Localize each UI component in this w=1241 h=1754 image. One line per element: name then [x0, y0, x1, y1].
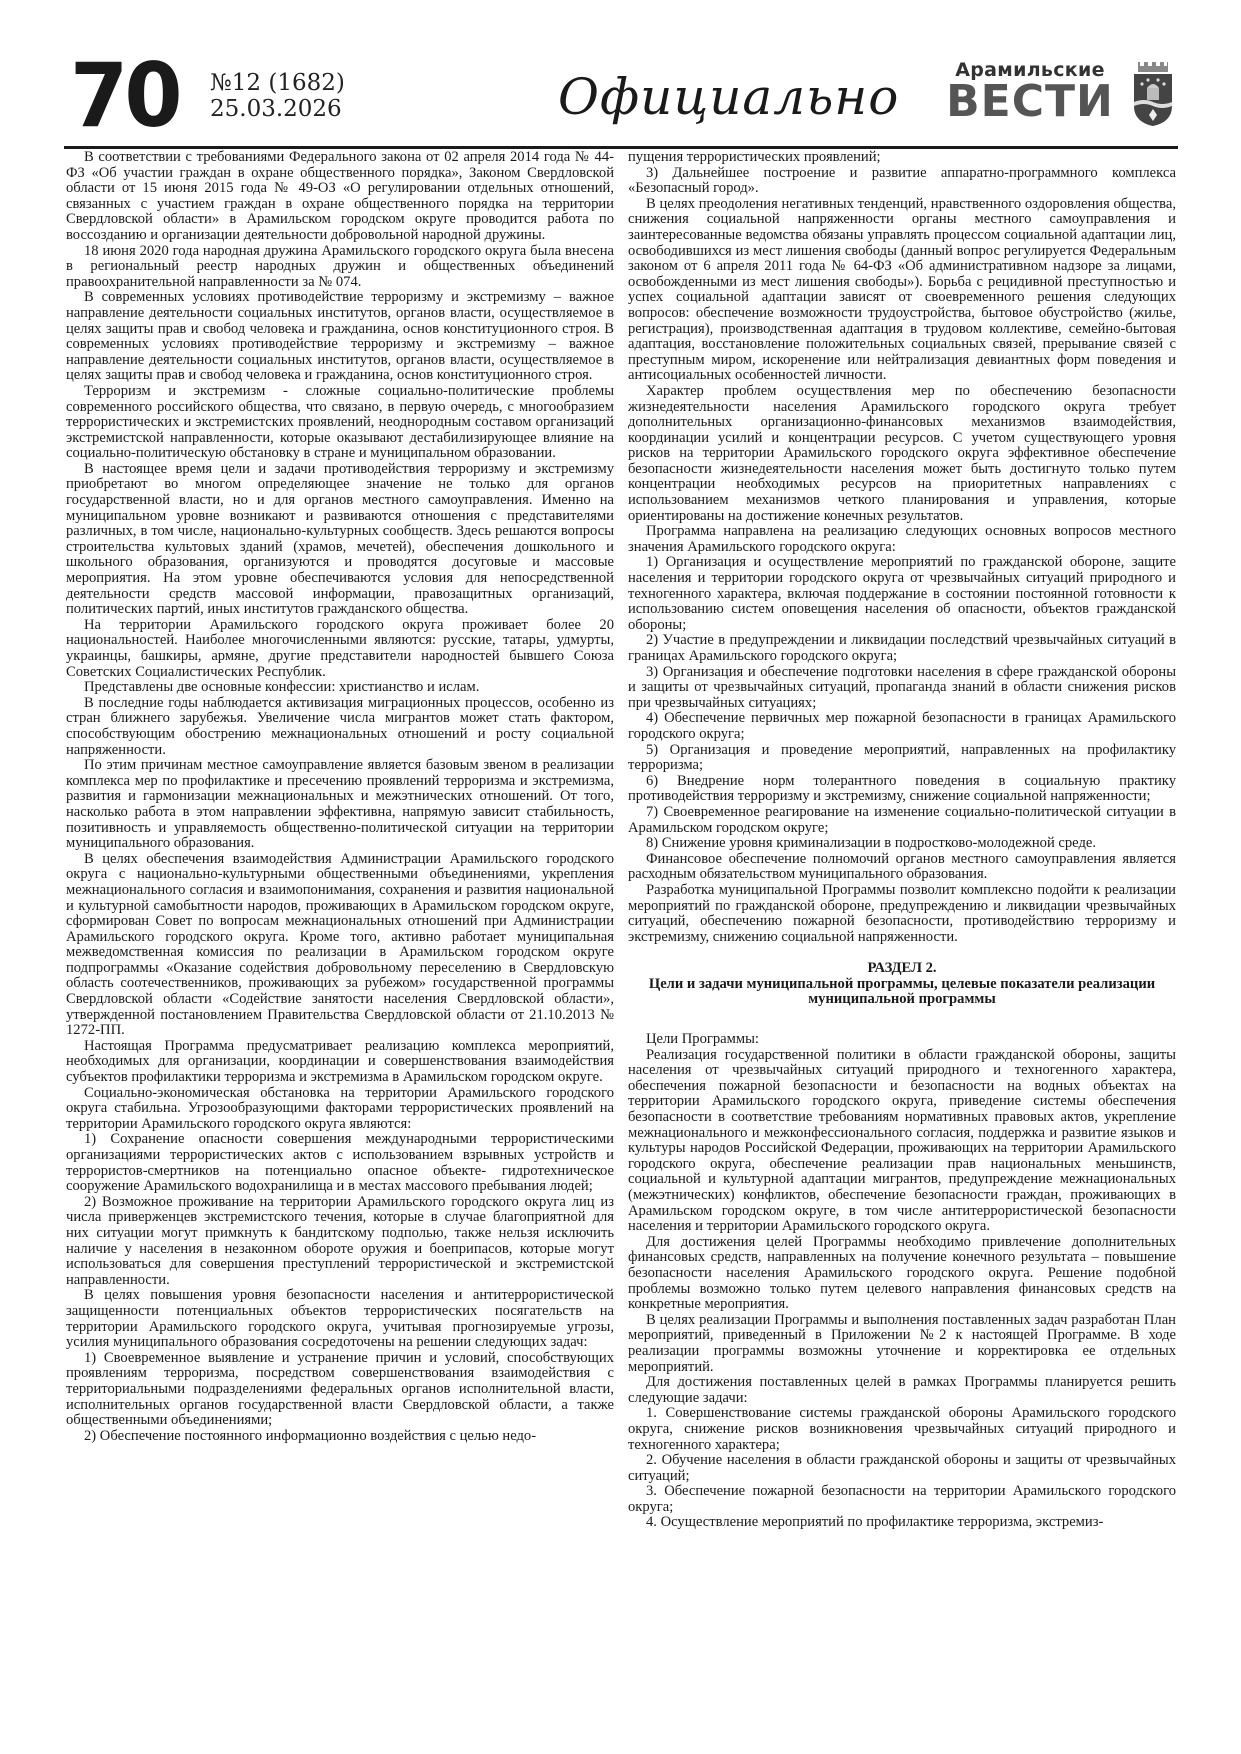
- list-item: 7) Своевременное реагирование на изменен…: [628, 805, 1176, 836]
- paragraph: В современных условиях противодействие т…: [66, 290, 614, 384]
- newspaper-logo: Арамильские ВЕСТИ: [945, 60, 1115, 124]
- list-item: 4. Осуществление мероприятий по профилак…: [628, 1515, 1176, 1531]
- list-item: 2) Обеспечение постоянного информационно…: [66, 1429, 614, 1445]
- issue-date: 25.03.2026: [210, 96, 345, 122]
- paragraph: Характер проблем осуществления мер по об…: [628, 384, 1176, 524]
- paragraph: В целях реализации Программы и выполнени…: [628, 1313, 1176, 1375]
- list-item: 1) Организация и осуществление мероприят…: [628, 555, 1176, 633]
- paragraph: 18 июня 2020 года народная дружина Арами…: [66, 244, 614, 291]
- paragraph: По этим причинам местное самоуправление …: [66, 758, 614, 852]
- paragraph: Программа направлена на реализацию следу…: [628, 524, 1176, 555]
- paragraph: В настоящее время цели и задачи противод…: [66, 462, 614, 618]
- paragraph: Для достижения целей Программы необходим…: [628, 1235, 1176, 1313]
- paragraph: Для достижения поставленных целей в рамк…: [628, 1375, 1176, 1406]
- list-item: 8) Снижение уровня криминализации в подр…: [628, 836, 1176, 852]
- left-column: В соответствии с требованиями Федерально…: [66, 150, 614, 1444]
- paragraph: Реализация государственной политики в об…: [628, 1048, 1176, 1235]
- paragraph: Цели Программы:: [628, 1032, 1176, 1048]
- list-item: 2) Возможное проживание на территории Ар…: [66, 1195, 614, 1289]
- paragraph: Разработка муниципальной Программы позво…: [628, 883, 1176, 945]
- paragraph: пущения террористических проявлений;: [628, 150, 1176, 166]
- list-item: 2. Обучение населения в области гражданс…: [628, 1453, 1176, 1484]
- paragraph: В целях обеспечения взаимодействия Админ…: [66, 852, 614, 1039]
- paragraph: Социально-экономическая обстановка на те…: [66, 1086, 614, 1133]
- issue-info: №12 (1682) 25.03.2026: [210, 70, 345, 122]
- logo-main-text: ВЕСТИ: [945, 80, 1115, 124]
- paragraph: В последние годы наблюдается активизация…: [66, 696, 614, 758]
- list-item: 3. Обеспечение пожарной безопасности на …: [628, 1484, 1176, 1515]
- paragraph: Терроризм и экстремизм - сложные социаль…: [66, 384, 614, 462]
- section-title: Официально: [558, 72, 899, 122]
- list-item: 3) Дальнейшее построение и развитие аппа…: [628, 166, 1176, 197]
- list-item: 1. Совершенствование системы гражданской…: [628, 1406, 1176, 1453]
- list-item: 1) Сохранение опасности совершения между…: [66, 1132, 614, 1194]
- section-subheading: Цели и задачи муниципальной программы, ц…: [638, 977, 1166, 1008]
- list-item: 6) Внедрение норм толерантного поведения…: [628, 774, 1176, 805]
- issue-number: №12 (1682): [210, 70, 345, 96]
- list-item: 4) Обеспечение первичных мер пожарной бе…: [628, 711, 1176, 742]
- list-item: 3) Организация и обеспечение подготовки …: [628, 665, 1176, 712]
- right-column: пущения террористических проявлений; 3) …: [628, 150, 1176, 1531]
- paragraph: Настоящая Программа предусматривает реал…: [66, 1039, 614, 1086]
- list-item: 5) Организация и проведение мероприятий,…: [628, 743, 1176, 774]
- paragraph: В целях преодоления негативных тенденций…: [628, 197, 1176, 384]
- paragraph: Представлены две основные конфессии: хри…: [66, 680, 614, 696]
- section-heading: РАЗДЕЛ 2.: [628, 961, 1176, 977]
- paragraph: В соответствии с требованиями Федерально…: [66, 150, 614, 244]
- page-number: 70: [70, 52, 179, 140]
- paragraph: На территории Арамильского городского ок…: [66, 618, 614, 680]
- city-coat-of-arms-icon: [1130, 62, 1176, 126]
- paragraph: Финансовое обеспечение полномочий органо…: [628, 852, 1176, 883]
- paragraph: В целях повышения уровня безопасности на…: [66, 1288, 614, 1350]
- list-item: 2) Участие в предупреждении и ликвидации…: [628, 633, 1176, 664]
- list-item: 1) Своевременное выявление и устранение …: [66, 1351, 614, 1429]
